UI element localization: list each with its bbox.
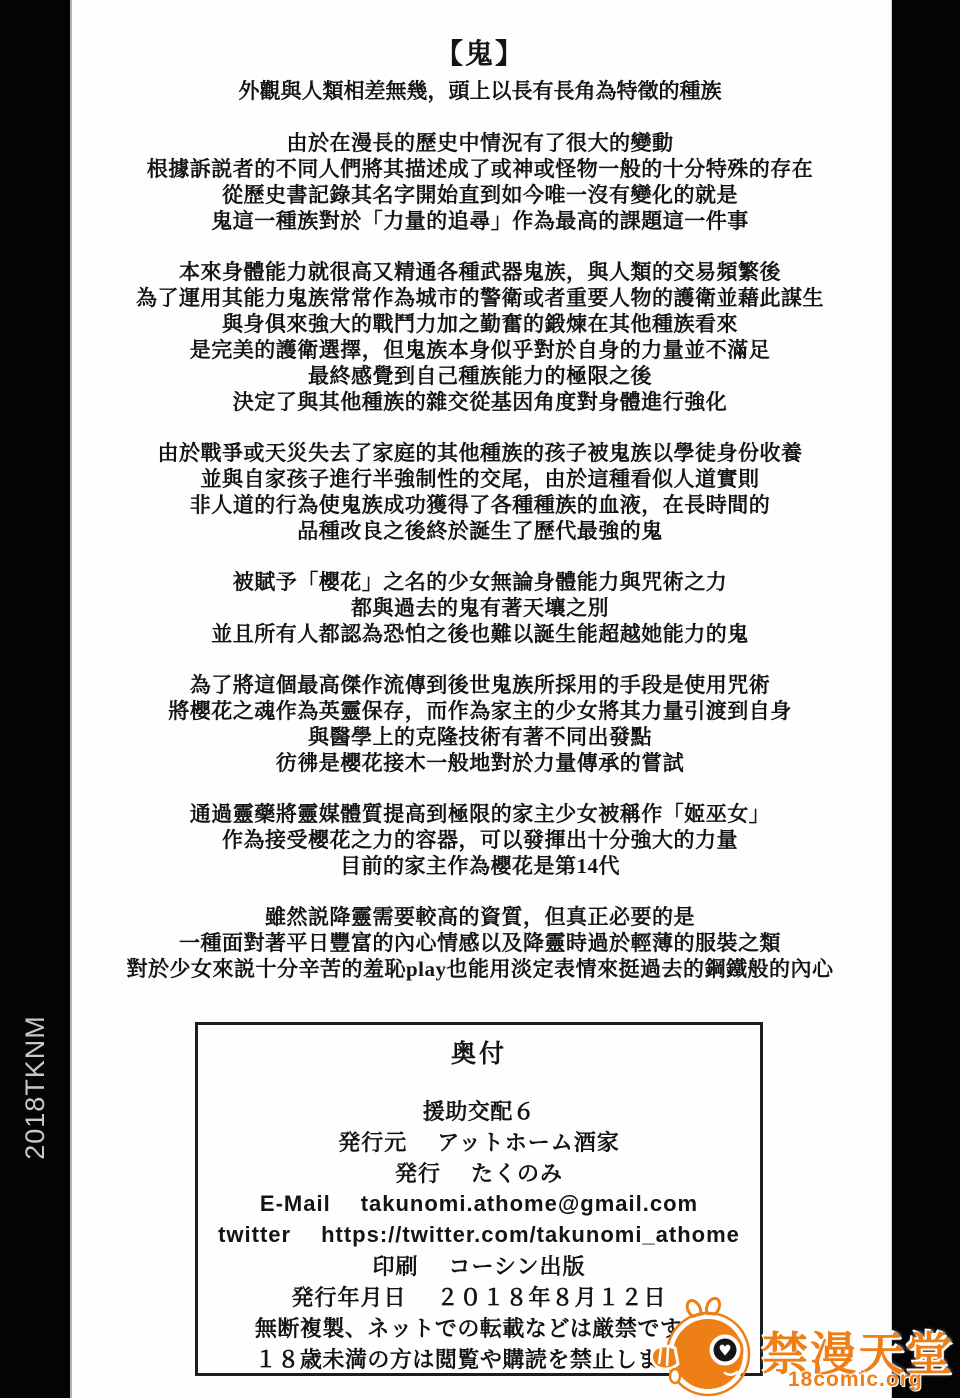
text-line: 由於在漫長的歷史中情況有了很大的變動 xyxy=(70,130,890,156)
paragraph: 由於戰爭或天災失去了家庭的其他種族的孩子被鬼族以學徒身份收養 並與自家孩子進行半… xyxy=(70,440,890,544)
text-line: 決定了與其他種族的雜交從基因角度對身體進行強化 xyxy=(70,389,890,415)
page-subtitle: 外觀與人類相差無幾，頭上以長有長角為特徵的種族 xyxy=(70,78,890,105)
text-line: 作為接受櫻花之力的容器，可以發揮出十分強大的力量 xyxy=(70,827,890,853)
text-line: 彷彿是櫻花接木一般地對於力量傳承的嘗試 xyxy=(70,750,890,776)
colophon-row: 発行 たくのみ xyxy=(198,1157,760,1188)
paragraph: 雖然説降靈需要較高的資質，但真正必要的是 一種面對著平日豐富的內心情感以及降靈時… xyxy=(70,904,890,982)
age-restriction-notice: １８歳未満の方は閲覧や購読を禁止します。 xyxy=(198,1343,760,1374)
text-line: 目前的家主作為櫻花是第14代 xyxy=(70,853,890,879)
colophon-twitter-url: https://twitter.com/takunomi_athome xyxy=(321,1222,740,1248)
text-line: 並且所有人都認為恐怕之後也難以誕生能超越她能力的鬼 xyxy=(70,621,890,647)
text-line: 由於戰爭或天災失去了家庭的其他種族的孩子被鬼族以學徒身份收養 xyxy=(70,440,890,466)
paragraph: 通過靈藥將靈媒體質提高到極限的家主少女被稱作「姬巫女」 作為接受櫻花之力的容器，… xyxy=(70,801,890,879)
text-line: 與醫學上的克隆技術有著不同出發點 xyxy=(70,724,890,750)
text-line: 鬼這一種族對於「力量的追尋」作為最高的課題這一件事 xyxy=(70,208,890,234)
text-line: 與身俱來強大的戰鬥力加之勤奮的鍛煉在其他種族看來 xyxy=(70,311,890,337)
colophon-label: 印刷 xyxy=(372,1250,418,1281)
colophon-value: アットホーム酒家 xyxy=(437,1126,619,1157)
scanned-doujin-page: 2018TKNM 【鬼】 外觀與人類相差無幾，頭上以長有長角為特徵的種族 由於在… xyxy=(0,0,960,1398)
text-line: 通過靈藥將靈媒體質提高到極限的家主少女被稱作「姬巫女」 xyxy=(70,801,890,827)
text-line: 將櫻花之魂作為英靈保存，而作為家主的少女將其力量引渡到自身 xyxy=(70,698,890,724)
text-line: 是完美的護衛選擇，但鬼族本身似乎對於自身的力量並不滿足 xyxy=(70,337,890,363)
text-line: 本來身體能力就很高又精通各種武器鬼族，與人類的交易頻繁後 xyxy=(70,259,890,285)
text-line: 為了將這個最高傑作流傳到後世鬼族所採用的手段是使用咒術 xyxy=(70,672,890,698)
page-title: 【鬼】 xyxy=(70,38,890,71)
colophon-box: 奥付 援助交配６ 発行元 アットホーム酒家 発行 たくのみ E-Mail tak… xyxy=(195,1022,763,1376)
colophon-value: ２０１８年８月１２日 xyxy=(437,1281,667,1312)
text-line: 從歷史書記錄其名字開始直到如今唯一沒有變化的就是 xyxy=(70,182,890,208)
copyright-notice: 無断複製、ネットでの転載などは厳禁です。 xyxy=(198,1312,760,1343)
paragraph: 被賦予「櫻花」之名的少女無論身體能力與咒術之力 都與過去的鬼有著天壤之別 並且所… xyxy=(70,569,890,647)
book-title: 援助交配６ xyxy=(198,1095,760,1126)
colophon-body: 援助交配６ 発行元 アットホーム酒家 発行 たくのみ E-Mail takuno… xyxy=(198,1095,760,1374)
text-line: 雖然説降靈需要較高的資質，但真正必要的是 xyxy=(70,904,890,930)
colophon-row: 印刷 コーシン出版 xyxy=(198,1250,760,1281)
colophon-row: E-Mail takunomi.athome@gmail.com xyxy=(198,1188,760,1219)
text-line: 並與自家孩子進行半強制性的交尾，由於這種看似人道實則 xyxy=(70,466,890,492)
paragraph: 由於在漫長的歷史中情況有了很大的變動 根據訴説者的不同人們將其描述成了或神或怪物… xyxy=(70,130,890,234)
colophon-label: 発行年月日 xyxy=(291,1281,406,1312)
text-line: 對於少女來説十分辛苦的羞恥play也能用淡定表情來挺過去的鋼鐵般的內心 xyxy=(70,956,890,982)
colophon-row: twitter https://twitter.com/takunomi_ath… xyxy=(198,1219,760,1250)
text-line: 被賦予「櫻花」之名的少女無論身體能力與咒術之力 xyxy=(70,569,890,595)
colophon-label: twitter xyxy=(218,1222,291,1248)
colophon-email: takunomi.athome@gmail.com xyxy=(361,1191,698,1217)
spine-watermark: 2018TKNM xyxy=(0,1012,70,1162)
text-line: 根據訴説者的不同人們將其描述成了或神或怪物一般的十分特殊的存在 xyxy=(70,156,890,182)
text-line: 都與過去的鬼有著天壤之別 xyxy=(70,595,890,621)
colophon-value: たくのみ xyxy=(471,1157,563,1188)
paragraph: 為了將這個最高傑作流傳到後世鬼族所採用的手段是使用咒術 將櫻花之魂作為英靈保存，… xyxy=(70,672,890,776)
paragraph: 本來身體能力就很高又精通各種武器鬼族，與人類的交易頻繁後 為了運用其能力鬼族常常… xyxy=(70,259,890,415)
colophon-label: 発行 xyxy=(395,1157,441,1188)
colophon-heading: 奥付 xyxy=(198,1039,760,1069)
right-scan-bar xyxy=(891,0,960,1398)
text-line: 非人道的行為使鬼族成功獲得了各種種族的血液，在長時間的 xyxy=(70,492,890,518)
spine-watermark-text: 2018TKNM xyxy=(20,1015,51,1160)
colophon-value: コーシン出版 xyxy=(449,1250,586,1281)
colophon-row: 発行元 アットホーム酒家 xyxy=(198,1126,760,1157)
text-line: 為了運用其能力鬼族常常作為城市的警衛或者重要人物的護衛並藉此謀生 xyxy=(70,285,890,311)
article-text: 【鬼】 外觀與人類相差無幾，頭上以長有長角為特徵的種族 由於在漫長的歷史中情況有… xyxy=(70,0,890,982)
colophon-row: 発行年月日 ２０１８年８月１２日 xyxy=(198,1281,760,1312)
text-line: 品種改良之後終於誕生了歷代最強的鬼 xyxy=(70,518,890,544)
text-line: 最終感覺到自己種族能力的極限之後 xyxy=(70,363,890,389)
colophon-label: E-Mail xyxy=(260,1191,331,1217)
colophon-label: 発行元 xyxy=(338,1126,407,1157)
left-scan-bar xyxy=(0,0,72,1398)
text-line: 一種面對著平日豐富的內心情感以及降靈時過於輕薄的服裝之類 xyxy=(70,930,890,956)
